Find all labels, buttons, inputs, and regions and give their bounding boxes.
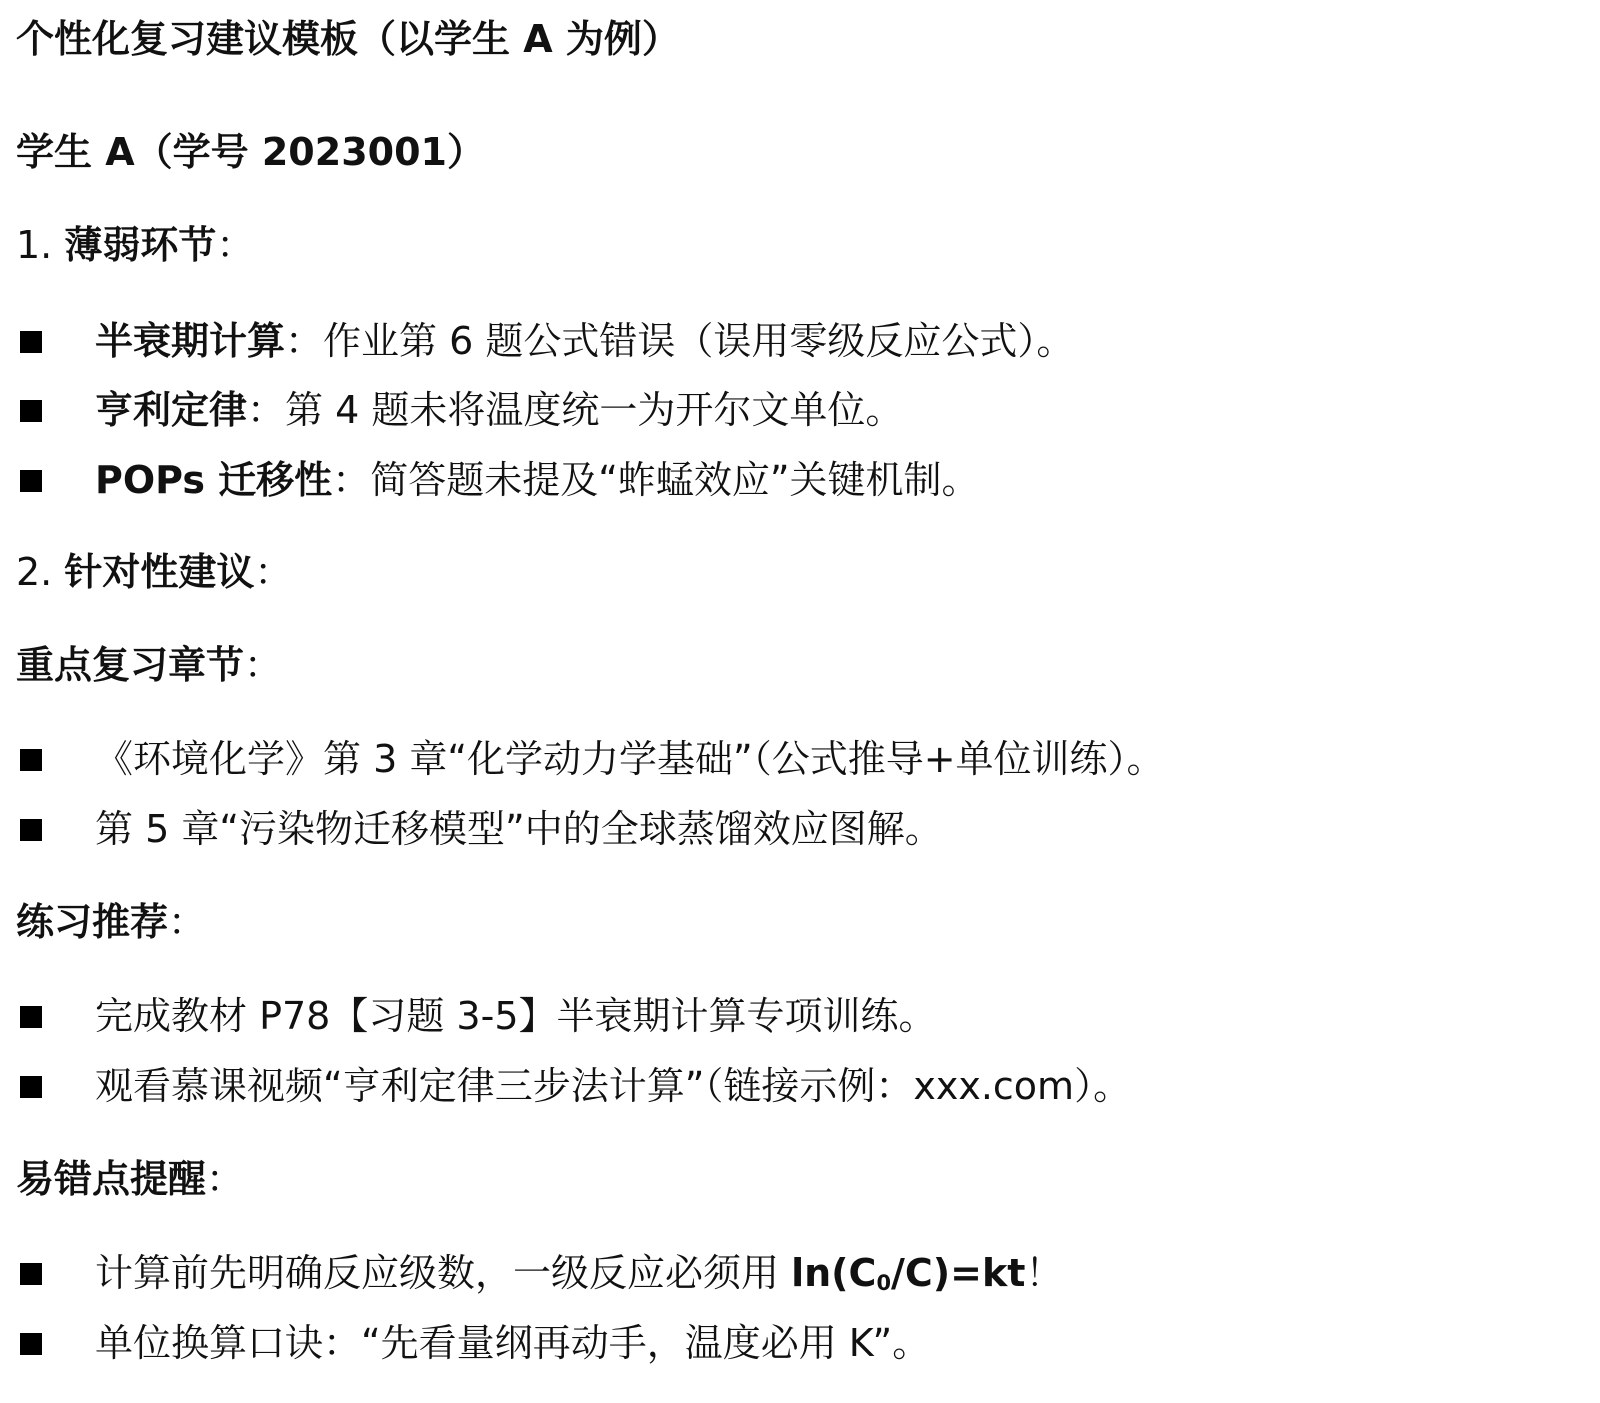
bullet-square-icon [20,1076,42,1098]
bullet-square-icon [20,331,42,353]
item-label: 半衰期计算 [95,319,285,363]
practice-heading: 练习推荐： [16,903,206,941]
bullet-square-icon [20,1263,42,1285]
section-title: 薄弱环节 [64,223,216,267]
section-number: 1. [16,223,52,267]
bullet-square-icon [20,749,42,771]
item-label: POPs 迁移性 [95,458,332,502]
bullet-square-icon [20,400,42,422]
page-title: 个性化复习建议模板（以学生 A 为例） [16,20,680,58]
formula: ln(C0/C)=kt [791,1251,1025,1295]
section-number: 2. [16,550,52,594]
item-label: 亨利定律 [95,388,247,432]
bullet-square-icon [20,819,42,841]
section-title: 针对性建议 [64,550,254,594]
student-heading: 学生 A（学号 2023001） [16,133,485,171]
pitfalls-heading: 易错点提醒： [16,1160,244,1198]
bullet-square-icon [20,1333,42,1355]
section-weak-points-heading: 1. 薄弱环节： [16,226,254,264]
bullet-square-icon [20,470,42,492]
bullet-square-icon [20,1006,42,1028]
section-suggestions-heading: 2. 针对性建议： [16,553,292,591]
review-chapters-heading: 重点复习章节： [16,646,282,684]
